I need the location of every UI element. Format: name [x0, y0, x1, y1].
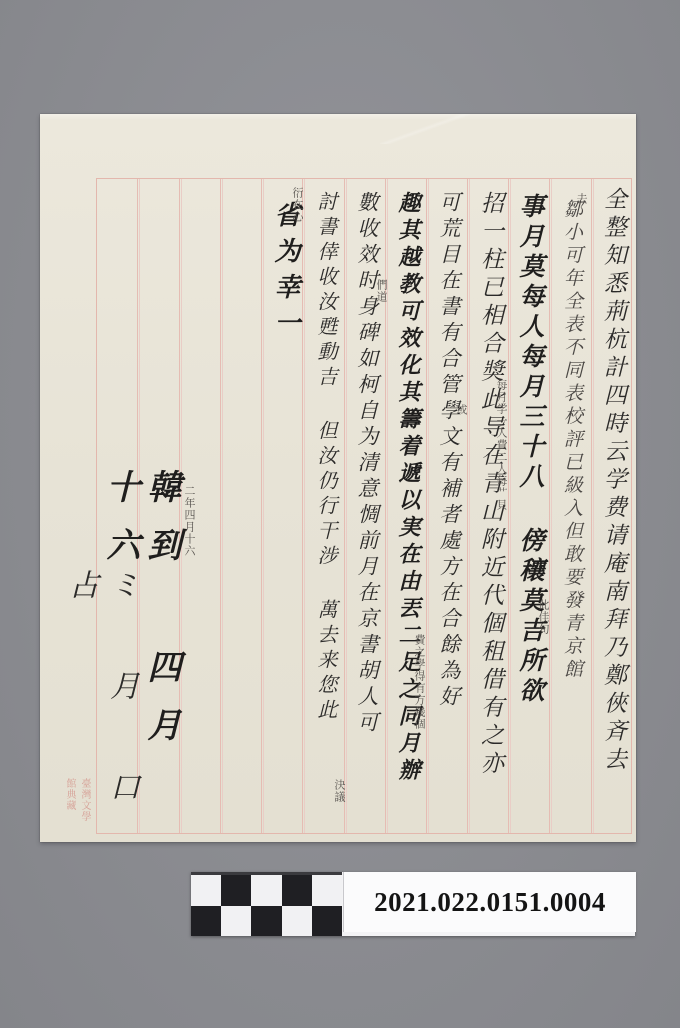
- checker-square: [191, 875, 221, 906]
- letter-column-9: 省为幸一: [264, 201, 305, 851]
- checker-square: [251, 906, 281, 937]
- signature-name-date: 韓到 四月 十六: [140, 469, 181, 829]
- checker-square: [312, 875, 342, 906]
- letter-column-4: 招一柱已相合獎此导在青山附近代個租借有之亦: [469, 191, 510, 841]
- margin-note: 此佳旬: [537, 599, 549, 635]
- margin-note: 每月学一人費二人每艹貝: [495, 379, 507, 511]
- signature-closing: ミ 月 口 占: [101, 569, 142, 829]
- letter-paper: 全整知悉荊杭計四時云学费请庵南拜乃鄭俠斉去 鄒小可年全表不同表校評已級入但敢要發…: [40, 114, 636, 842]
- letter-column-5: 可荒目在書有合管學文有補者處方在合餘為好: [428, 191, 469, 841]
- color-checker: [191, 872, 342, 936]
- paper-fold-crease: [380, 114, 470, 144]
- library-seal-stamp: 臺灣文學館典藏: [80, 778, 92, 830]
- letter-column-1: 全整知悉荊杭計四時云学费请庵南拜乃鄭俠斉去: [592, 187, 633, 837]
- checker-square: [221, 875, 251, 906]
- accession-number: 2021.022.0151.0004: [343, 872, 636, 932]
- scale-card: 2021.022.0151.0004: [191, 872, 635, 936]
- margin-note: 衍在心: [291, 187, 303, 223]
- checker-square: [282, 875, 312, 906]
- checker-square: [191, 906, 221, 937]
- margin-note: 二年四月十六: [183, 485, 195, 557]
- margin-note: 或: [455, 404, 467, 416]
- checker-square: [221, 906, 251, 937]
- letter-column-8: 討書倖收汝甦動吉 但汝仍行干涉 萬去来您此: [305, 191, 346, 841]
- letter-column-6: 趣其越教可效化其籌着遞以実在由丟二足之同月辦: [387, 191, 428, 841]
- letter-column-3: 事月莫每人每月三十八 傍穰莫吉所欲: [510, 193, 551, 843]
- letter-column-2: 鄒小可年全表不同表校評已級入但敢要發青京館: [551, 199, 592, 849]
- margin-note: 們道: [375, 279, 387, 303]
- margin-note: 費之學得有方幾個: [413, 634, 425, 730]
- ruled-grid: 全整知悉荊杭計四時云学费请庵南拜乃鄭俠斉去 鄒小可年全表不同表校評已級入但敢要發…: [96, 178, 632, 834]
- ruling-line: [220, 179, 223, 833]
- margin-note: 決議: [333, 779, 345, 803]
- margin-note: 去: [575, 193, 587, 205]
- checker-square: [312, 906, 342, 937]
- checker-square: [282, 906, 312, 937]
- checker-square: [251, 875, 281, 906]
